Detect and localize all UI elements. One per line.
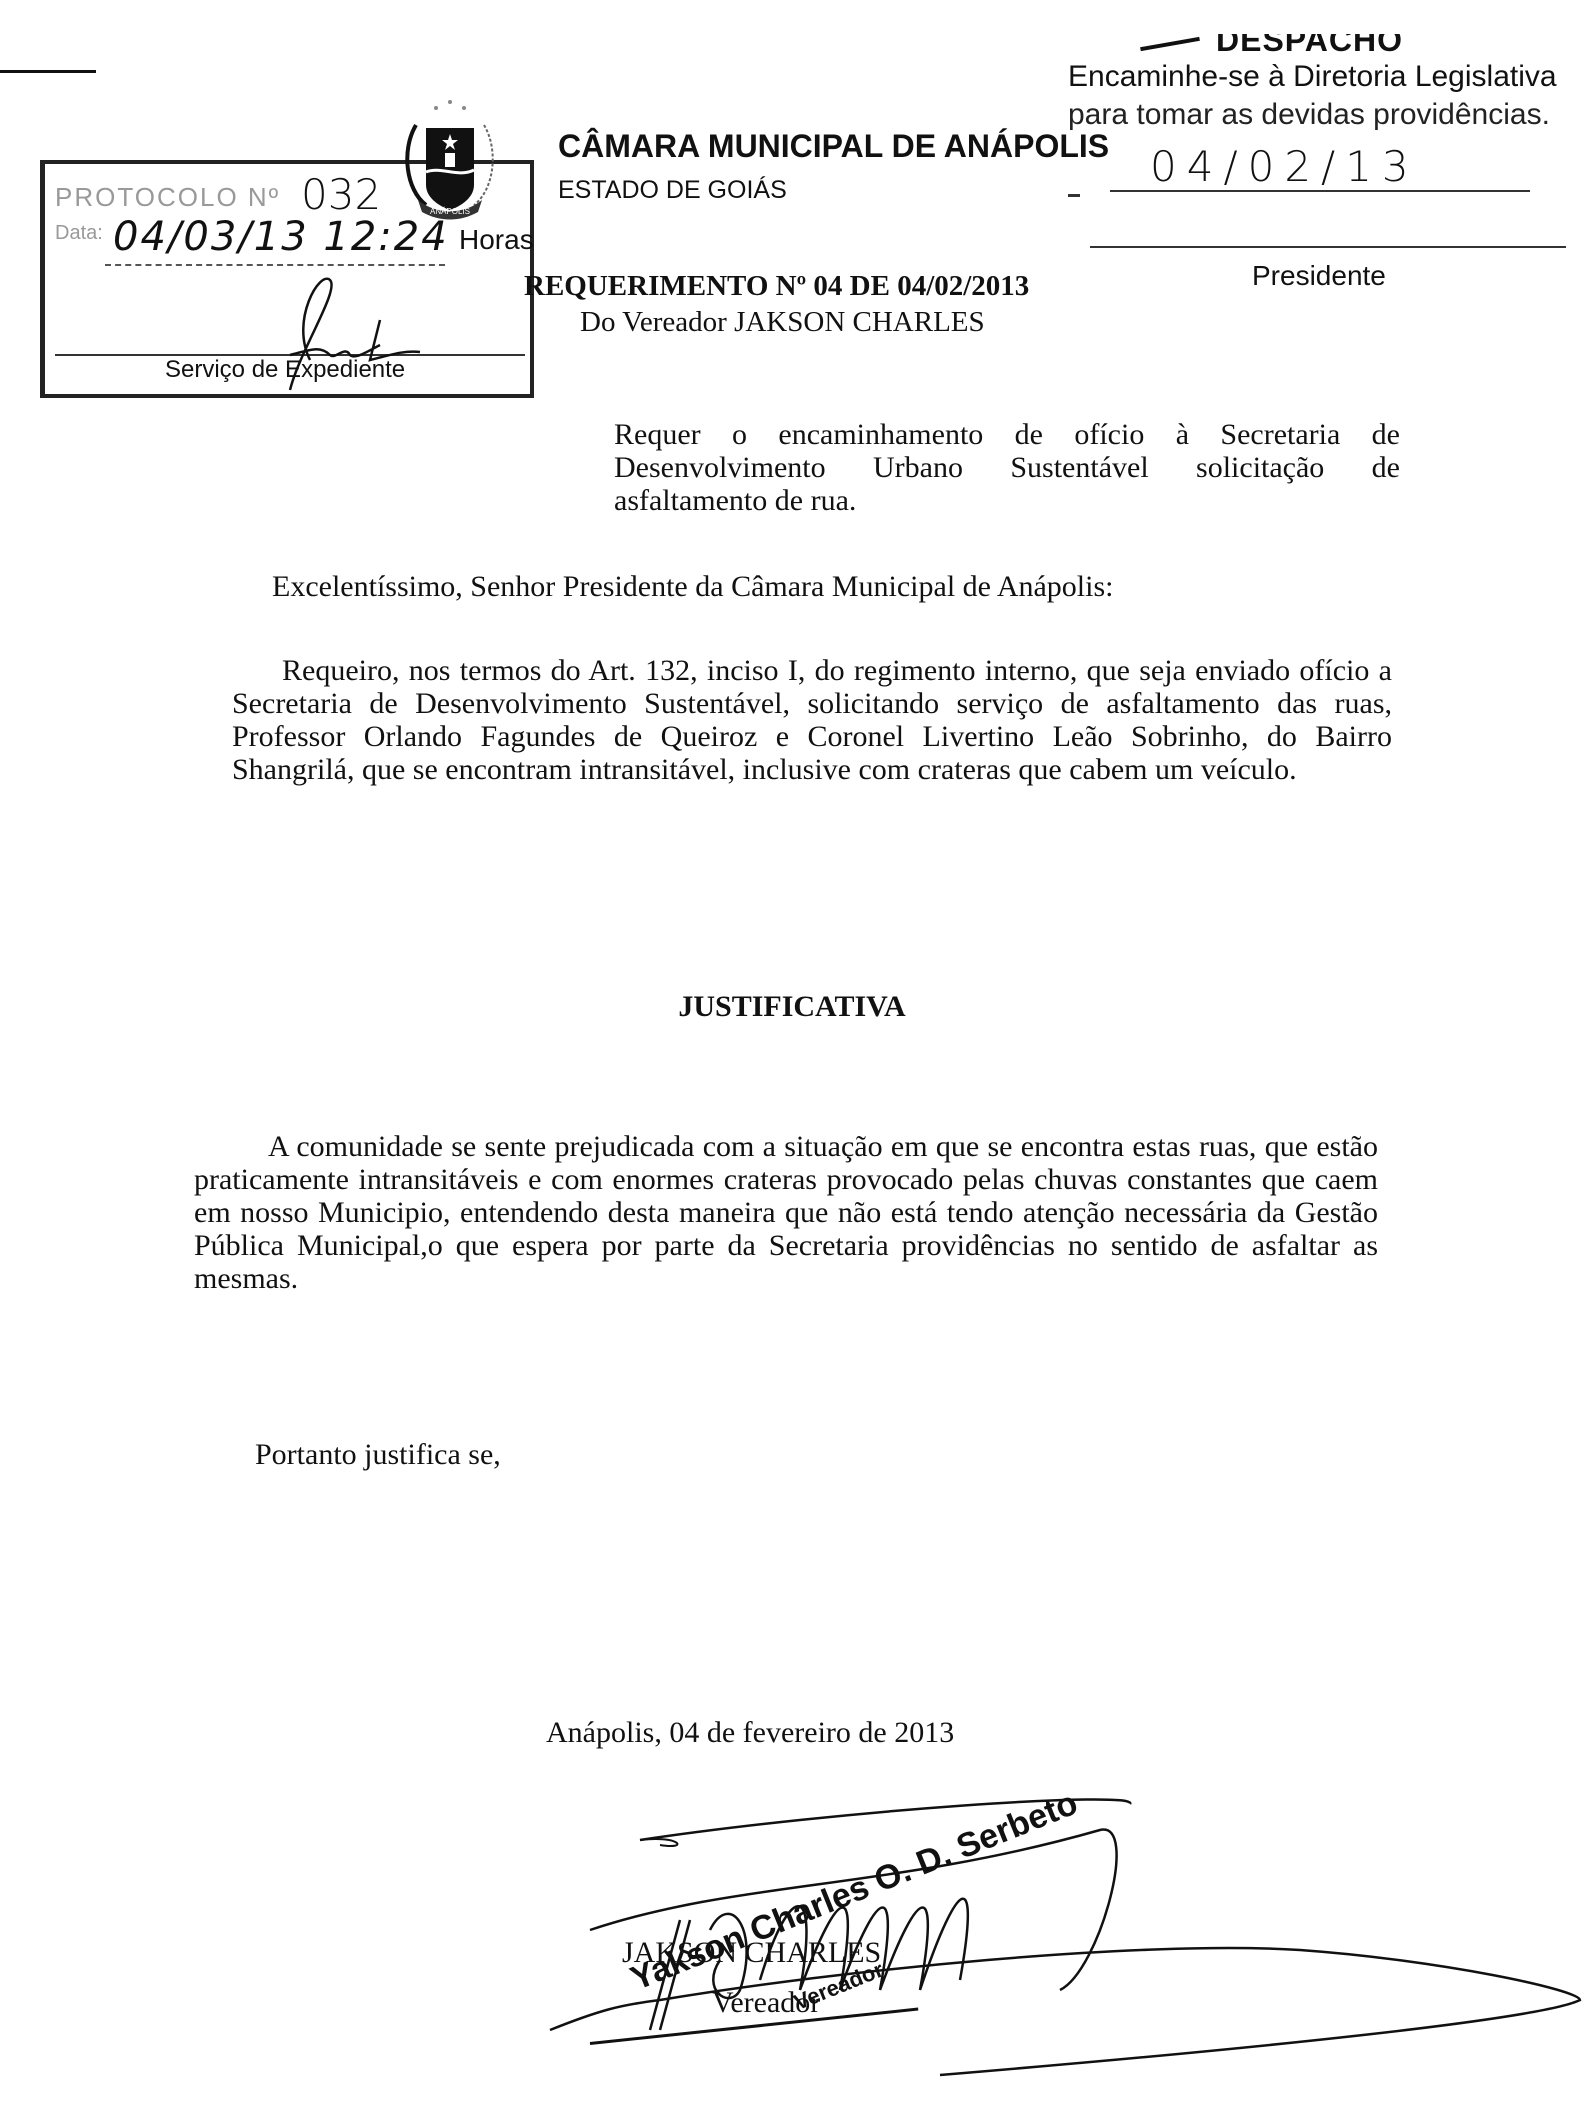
protocol-label: PROTOCOLO Nº bbox=[55, 182, 280, 213]
stray-line bbox=[0, 70, 96, 73]
org-name: CÂMARA MUNICIPAL DE ANÁPOLIS bbox=[558, 128, 1109, 165]
despacho-date: 04/02/13 bbox=[1150, 142, 1419, 191]
protocol-number: 032 bbox=[301, 170, 381, 219]
justification-heading: JUSTIFICATIVA bbox=[0, 990, 1584, 1024]
divider bbox=[1068, 194, 1080, 197]
salutation: Excelentíssimo, Senhor Presidente da Câm… bbox=[272, 570, 1113, 604]
justification-paragraph: A comunidade se sente prejudicada com a … bbox=[194, 1130, 1378, 1295]
request-paragraph: Requeiro, nos termos do Art. 132, inciso… bbox=[232, 654, 1392, 786]
document-author: Do Vereador JAKSON CHARLES bbox=[580, 306, 985, 339]
despacho-line-1: Encaminhe-se à Diretoria Legislativa bbox=[1068, 60, 1557, 94]
despacho-title: DESPACHO bbox=[1216, 22, 1403, 59]
document-title: REQUERIMENTO Nº 04 DE 04/02/2013 bbox=[524, 270, 1029, 303]
divider bbox=[1090, 246, 1566, 248]
closing-text: Portanto justifica se, bbox=[255, 1438, 501, 1472]
stamp-signature-icon bbox=[230, 260, 430, 400]
svg-text:ANÁPOLIS: ANÁPOLIS bbox=[430, 207, 470, 216]
protocol-date-label: Data: bbox=[55, 222, 103, 245]
despacho-signer-role: Presidente bbox=[1252, 260, 1386, 292]
org-state: ESTADO DE GOIÁS bbox=[558, 176, 787, 205]
ementa-text: Requer o encaminhamento de ofício à Secr… bbox=[614, 418, 1400, 517]
divider bbox=[1110, 190, 1530, 192]
despacho-line-2: para tomar as devidas providências. bbox=[1068, 98, 1550, 132]
coat-of-arms-icon: ANÁPOLIS bbox=[396, 90, 504, 230]
despacho-stroke bbox=[1140, 37, 1200, 51]
place-date: Anápolis, 04 de fevereiro de 2013 bbox=[546, 1716, 954, 1750]
